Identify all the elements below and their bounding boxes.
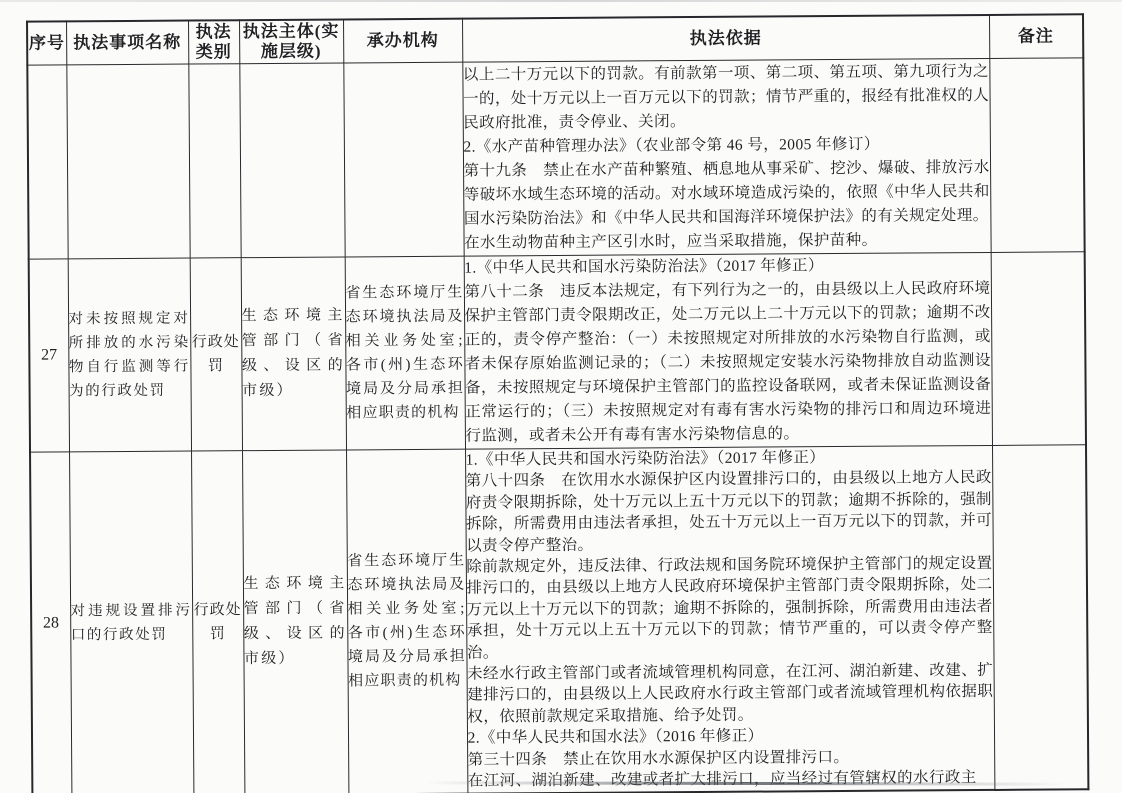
- basis-paragraph: 2.《水产苗种管理办法》（农业部令第 46 号，2005 年修订）: [463, 131, 989, 159]
- cell-subject: [239, 63, 344, 258]
- basis-paragraph: 第八十二条 违反本法规定，有下列行为之一的，由县级以上人民政府环境保护主管部门责…: [464, 277, 991, 449]
- basis-paragraph: 第八十四条 在饮用水水源保护区内设置排污口的，由县级以上地方人民政府责令限期拆除…: [466, 467, 993, 556]
- cell-index: 28: [30, 452, 71, 793]
- cell-item-name: 对未按照规定对所排放的水污染物自行监测等行为的行政处罚: [68, 258, 191, 452]
- scan-top-edge-artifact: [0, 0, 1122, 2]
- cell-basis: 以上二十万元以下的罚款。有前款第一项、第二项、第五项、第九项行为之一的，处十万元…: [462, 58, 990, 256]
- table-row-continuation: 以上二十万元以下的罚款。有前款第一项、第二项、第五项、第九项行为之一的，处十万元…: [27, 58, 1084, 259]
- basis-paragraph: 在江河、湖泊新建、改建或者扩大排污口，应当经过有管辖权的水行政主: [468, 767, 994, 792]
- cell-agency: [343, 62, 463, 257]
- header-subject: 执法主体(实施层级): [239, 19, 343, 63]
- header-index: 序号: [27, 21, 66, 65]
- scanned-document-page: 序号 执法事项名称 执法类别 执法主体(实施层级) 承办机构 执法依据 备注 以…: [0, 0, 1122, 793]
- header-row: 序号 执法事项名称 执法类别 执法主体(实施层级) 承办机构 执法依据 备注: [27, 14, 1083, 65]
- cell-note: [991, 252, 1086, 446]
- cell-item-name: 对违规设置排污口的行政处罚: [69, 451, 193, 793]
- cell-basis: 1.《中华人民共和国水污染防治法》（2017 年修正）第八十四条 在饮用水水源保…: [465, 445, 994, 793]
- basis-paragraph: 以上二十万元以下的罚款。有前款第一项、第二项、第五项、第九项行为之一的，处十万元…: [463, 59, 989, 135]
- basis-paragraph: 除前款规定外，违反法律、行政法规和国务院环境保护主管部门的规定设置排污口的，由县…: [466, 553, 993, 664]
- header-item-name: 执法事项名称: [66, 21, 188, 65]
- basis-paragraph: 1.《中华人民共和国水污染防治法》（2017 年修正）: [464, 253, 990, 281]
- basis-paragraph: 未经水行政主管部门或者流域管理机构同意，在江河、湖泊新建、改建、扩建排污口的，由…: [467, 660, 993, 728]
- table-row-27: 27 对未按照规定对所排放的水污染物自行监测等行为的行政处罚 行政处罚 生态环境…: [29, 252, 1086, 452]
- header-note: 备注: [989, 14, 1083, 58]
- cell-basis: 1.《中华人民共和国水污染防治法》（2017 年修正）第八十二条 违反本法规定，…: [464, 252, 992, 449]
- header-category: 执法类别: [188, 20, 239, 64]
- table-row-28: 28 对违规设置排污口的行政处罚 行政处罚 生态环境主管部门（省级、设区的市级）…: [30, 445, 1088, 793]
- cell-item-name: [66, 64, 189, 259]
- cell-category: [188, 64, 240, 258]
- cell-note: [989, 58, 1084, 253]
- cell-index: 27: [29, 259, 69, 452]
- cell-agency: 省生态环境厅生态环境执法局及相关业务处室;各市(州)生态环境局及分局承担相应职责…: [346, 449, 467, 793]
- header-basis: 执法依据: [462, 15, 989, 62]
- basis-paragraph: 在水生动物苗种主产区引水时，应当采取措施，保护苗种。: [464, 227, 990, 255]
- cell-agency: 省生态环境厅生态环境执法局及相关业务处室;各市(州)生态环境局及分局承担相应职责…: [345, 256, 465, 450]
- cell-subject: 生态环境主管部门（省级、设区的市级）: [241, 257, 346, 451]
- enforcement-matters-table: 序号 执法事项名称 执法类别 执法主体(实施层级) 承办机构 执法依据 备注 以…: [26, 13, 1089, 793]
- cell-note: [992, 445, 1088, 790]
- cell-subject: 生态环境主管部门（省级、设区的市级）: [242, 450, 348, 793]
- header-agency: 承办机构: [343, 19, 462, 63]
- cell-category: 行政处罚: [191, 451, 244, 793]
- cell-category: 行政处罚: [190, 258, 242, 451]
- cell-index: [27, 65, 67, 259]
- basis-paragraph: 第十九条 禁止在水产苗种繁殖、栖息地从事采矿、挖沙、爆破、排放污水等破坏水域生态…: [463, 155, 989, 231]
- enforcement-table-container: 序号 执法事项名称 执法类别 执法主体(实施层级) 承办机构 执法依据 备注 以…: [26, 13, 1087, 793]
